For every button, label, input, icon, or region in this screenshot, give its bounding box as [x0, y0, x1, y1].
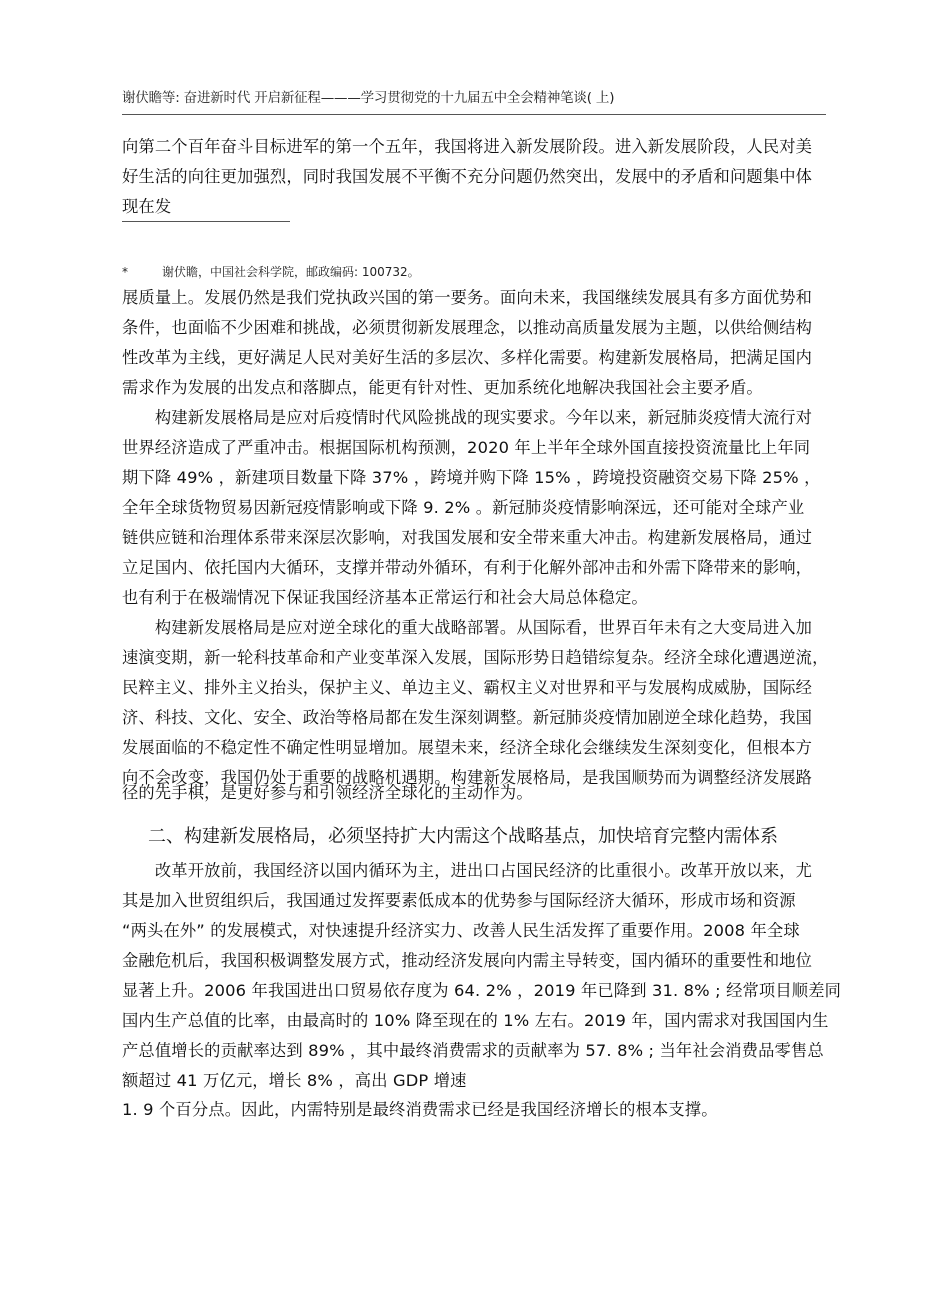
- body-line: 也有利于在极端情况下保证我国经济基本正常运行和社会大局总体稳定。: [122, 588, 648, 608]
- section-line: 金融危机后，我国积极调整发展方式，推动经济发展向内需主导转变，国内循环的重要性和…: [122, 951, 812, 971]
- body-line: 需求作为发展的出发点和落脚点，能更有针对性、更加系统化地解决我国社会主要矛盾。: [122, 378, 763, 398]
- body-line: 期下降 49% ，新建项目数量下降 37% ，跨境并购下降 15% ，跨境投资融…: [122, 468, 821, 488]
- body-line: 速演变期，新一轮科技革命和产业变革深入发展，国际形势日趋错综复杂。经济全球化遭遇…: [122, 648, 829, 668]
- intro-line: 向第二个百年奋斗目标进军的第一个五年，我国将进入新发展阶段。进入新发展阶段，人民…: [122, 137, 812, 157]
- section-line: 国内生产总值的比率，由最高时的 10% 降至现在的 1% 左右。2019 年，国…: [122, 1011, 829, 1031]
- footnote-mark: *: [122, 265, 162, 279]
- body-line: 性改革为主线，更好满足人民对美好生活的多层次、多样化需要。构建新发展格局，把满足…: [122, 348, 812, 368]
- body-line: 全年全球货物贸易因新冠疫情影响或下降 9. 2% 。新冠肺炎疫情影响深远，还可能…: [122, 498, 804, 518]
- section-line: 额超过 41 万亿元，增长 8% ，高出 GDP 增速: [122, 1071, 467, 1091]
- body-line: 链供应链和治理体系带来深层次影响，对我国发展和安全带来重大冲击。构建新发展格局，…: [122, 528, 812, 548]
- intro-line: 好生活的向往更加强烈，同时我国发展不平衡不充分问题仍然突出，发展中的矛盾和问题集…: [122, 167, 812, 187]
- body-line: 构建新发展格局是应对后疫情时代风险挑战的现实要求。今年以来，新冠肺炎疫情大流行对: [122, 408, 812, 428]
- body-line: 构建新发展格局是应对逆全球化的重大战略部署。从国际看，世界百年未有之大变局进入加: [122, 618, 812, 638]
- section-line: 显著上升。2006 年我国进出口贸易依存度为 64. 2% ，2019 年已降到…: [122, 981, 841, 1001]
- body-line: 世界经济造成了严重冲击。根据国际机构预测，2020 年上半年全球外国直接投资流量…: [122, 438, 810, 458]
- section-line: 改革开放前，我国经济以国内循环为主，进出口占国民经济的比重很小。改革开放以来，尤: [122, 861, 812, 881]
- intro-line: 现在发: [122, 197, 171, 217]
- footnote: *谢伏瞻，中国社会科学院，邮政编码: 100732。: [122, 263, 420, 280]
- document-page: 谢伏瞻等: 奋进新时代 开启新征程———学习贯彻党的十九届五中全会精神笔谈( 上…: [0, 0, 950, 1290]
- body-line: 径的先手棋，是更好参与和引领经济全球化的主动作为。: [122, 783, 533, 803]
- section-line: “两头在外” 的发展模式，对快速提升经济实力、改善人民生活发挥了重要作用。200…: [122, 921, 800, 941]
- body-line: 条件，也面临不少困难和挑战，必须贯彻新发展理念，以推动高质量发展为主题，以供给侧…: [122, 318, 812, 338]
- section-heading: 二、构建新发展格局，必须坚持扩大内需这个战略基点，加快培育完整内需体系: [148, 822, 778, 848]
- running-head: 谢伏瞻等: 奋进新时代 开启新征程———学习贯彻党的十九届五中全会精神笔谈( 上…: [122, 86, 614, 106]
- section-line: 其是加入世贸组织后，我国通过发挥要素低成本的优势参与国际经济大循环，形成市场和资…: [122, 891, 796, 911]
- body-line: 民粹主义、排外主义抬头，保护主义、单边主义、霸权主义对世界和平与发展构成威胁，国…: [122, 678, 812, 698]
- header-rule: [122, 114, 826, 115]
- body-line: 济、科技、文化、安全、政治等格局都在发生深刻调整。新冠肺炎疫情加剧逆全球化趋势，…: [122, 708, 812, 728]
- section-line: 产总值增长的贡献率达到 89% ，其中最终消费需求的贡献率为 57. 8% ; …: [122, 1041, 824, 1061]
- footnote-text: 谢伏瞻，中国社会科学院，邮政编码: 100732。: [162, 265, 420, 279]
- footnote-rule: [122, 221, 290, 222]
- body-line: 发展面临的不稳定性不确定性明显增加。展望未来，经济全球化会继续发生深刻变化，但根…: [122, 738, 812, 758]
- section-line: 1. 9 个百分点。因此，内需特别是最终消费需求已经是我国经济增长的根本支撑。: [122, 1100, 718, 1120]
- body-line: 展质量上。发展仍然是我们党执政兴国的第一要务。面向未来，我国继续发展具有多方面优…: [122, 288, 812, 308]
- body-line: 立足国内、依托国内大循环，支撑并带动外循环，有利于化解外部冲击和外需下降带来的影…: [122, 558, 812, 578]
